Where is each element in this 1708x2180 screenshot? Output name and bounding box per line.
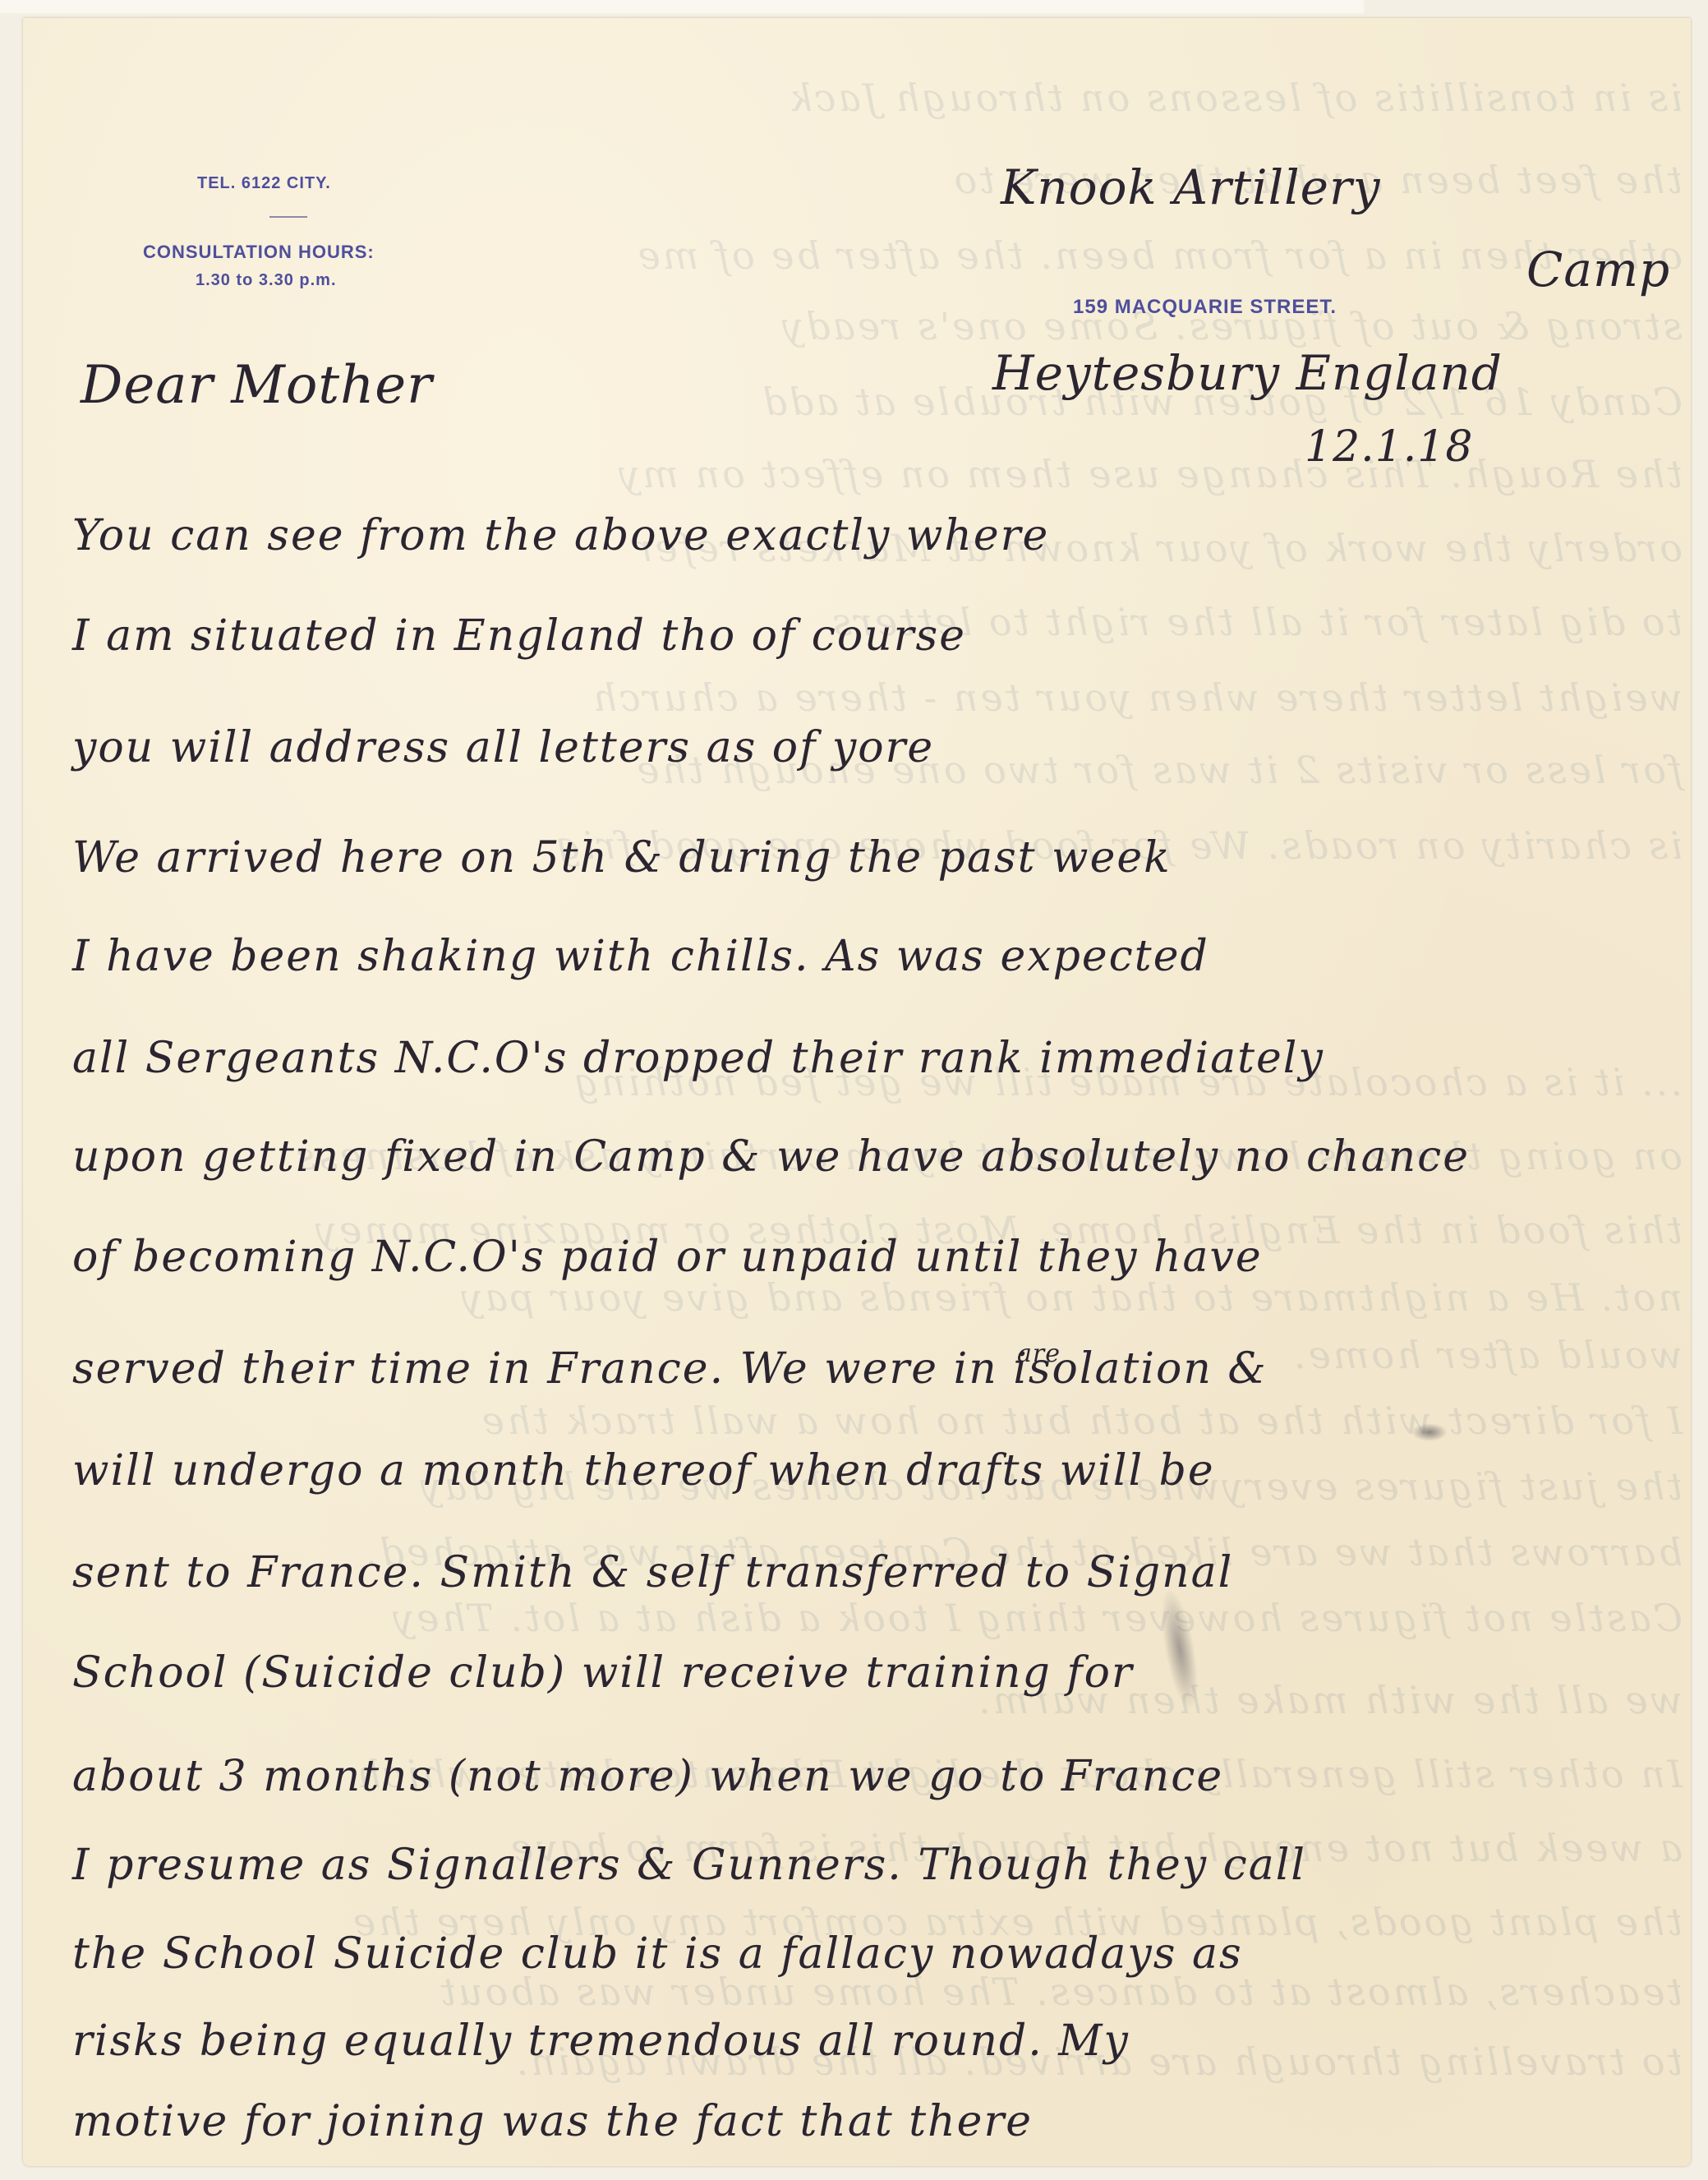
- body-line: I have been shaking with chills. As was …: [72, 932, 1209, 981]
- letterhead-hours-title: CONSULTATION HOURS:: [143, 242, 375, 263]
- body-line: you will address all letters as of yore: [72, 723, 934, 772]
- bleed-line: Castle not figures however thing I took …: [72, 1596, 1683, 1640]
- body-line: risks being equally tremendous all round…: [72, 2016, 1130, 2066]
- body-line: served their time in France. We were in …: [72, 1344, 1268, 1394]
- body-line: the School Suicide club it is a fallacy …: [72, 1929, 1243, 1979]
- body-line: will undergo a month thereof when drafts…: [72, 1446, 1215, 1496]
- body-line: You can see from the above exactly where: [72, 511, 1049, 560]
- ink-blot: [1411, 1423, 1448, 1441]
- letter-date: 12.1.18: [1305, 422, 1473, 472]
- body-line: motive for joining was the fact that the…: [72, 2097, 1033, 2146]
- letterhead-street: 159 MACQUARIE STREET.: [1073, 296, 1337, 319]
- letterhead-divider: [269, 216, 307, 218]
- letterhead-telephone: TEL. 6122 CITY.: [197, 174, 331, 193]
- body-line: upon getting fixed in Camp & we have abs…: [72, 1132, 1470, 1182]
- body-line: about 3 months (not more) when we go to …: [72, 1752, 1223, 1801]
- letterhead-hours: 1.30 to 3.30 p.m.: [196, 271, 337, 290]
- interlinear-insert: are: [1017, 1339, 1061, 1368]
- body-line: sent to France. Smith & self transferred…: [72, 1548, 1233, 1597]
- bleed-line: weight letter there when your ten - ther…: [72, 675, 1683, 720]
- scan-backing-strip: [0, 0, 1364, 13]
- address-line-1: Knook Artillery: [1001, 159, 1381, 215]
- letter-sheet: is in tonsillitis of lessons on through …: [23, 18, 1691, 2166]
- bleed-line: not. He a nightmare to that no friends a…: [72, 1275, 1683, 1320]
- body-line: I am situated in England tho of course: [72, 611, 966, 661]
- body-line: all Sergeants N.C.O's dropped their rank…: [72, 1034, 1324, 1083]
- address-line-3: Heytesbury England: [992, 345, 1503, 401]
- bleed-line: strong & out of figures. Some one's read…: [72, 304, 1683, 348]
- body-line: We arrived here on 5th & during the past…: [72, 833, 1172, 883]
- address-line-2: Camp: [1526, 242, 1670, 297]
- body-line: School (Suicide club) will receive train…: [72, 1648, 1134, 1698]
- body-line: of becoming N.C.O's paid or unpaid until…: [72, 1233, 1263, 1282]
- body-line: I presume as Signallers & Gunners. Thoug…: [72, 1841, 1306, 1890]
- salutation: Dear Mother: [81, 355, 433, 416]
- bleed-line: is in tonsillitis of lessons on through …: [72, 76, 1683, 120]
